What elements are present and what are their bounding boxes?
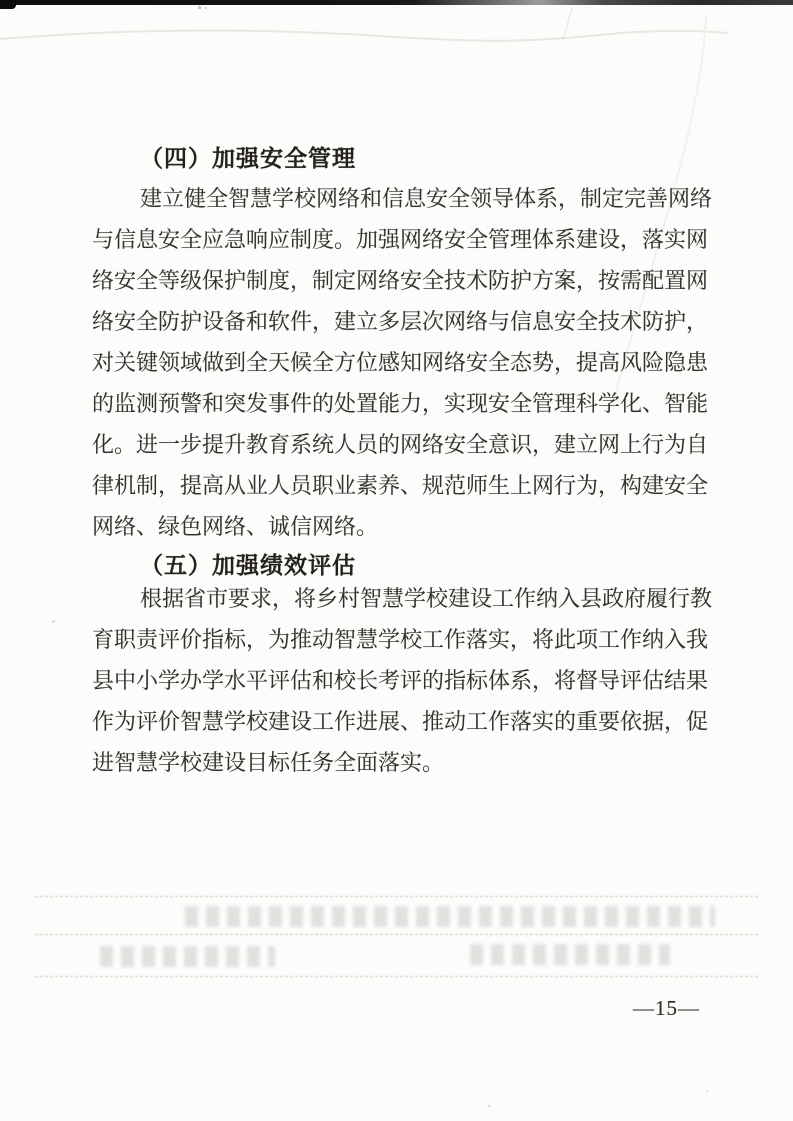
bleed-through-text [185,906,715,927]
page-number: —15— [633,996,713,1021]
scan-corner-artifact [0,0,16,9]
bleed-through-line [35,896,758,897]
text-line: 络安全防护设备和软件，建立多层次网络与信息安全技术防护， [92,301,701,342]
text-line: 作为评价智慧学校建设工作进展、推动工作落实的重要依据，促 [92,701,701,742]
text-line: 进智慧学校建设目标任务全面落实。 [92,742,701,783]
bleed-through-line [35,976,758,977]
toner-speck [706,1090,708,1092]
text-line: 对关键领域做到全天候全方位感知网络安全态势，提高风险隐患 [92,342,701,383]
section-5-paragraph: 根据省市要求，将乡村智慧学校建设工作纳入县政府履行教育职责评价指标，为推动智慧学… [92,578,701,783]
toner-speck [52,620,55,623]
bleed-through-text [100,946,275,967]
text-line: 的监测预警和突发事件的处置能力，实现安全管理科学化、智能 [92,383,701,424]
document-page: （四）加强安全管理 建立健全智慧学校网络和信息安全领导体系，制定完善网络与信息安… [0,0,793,1121]
scan-edge-artifact [0,0,793,5]
text-line: 网络、绿色网络、诚信网络。 [92,506,701,547]
section-4-paragraph: 建立健全智慧学校网络和信息安全领导体系，制定完善网络与信息安全应急响应制度。加强… [92,178,701,547]
toner-speck [488,1105,491,1107]
text-line: 育职责评价指标，为推动智慧学校工作落实，将此项工作纳入我 [92,619,701,660]
bleed-through-text [470,944,670,965]
bleed-through-line [35,934,758,935]
text-line: 与信息安全应急响应制度。加强网络安全管理体系建设，落实网 [92,219,701,260]
text-line: 根据省市要求，将乡村智慧学校建设工作纳入县政府履行教 [92,578,701,619]
text-line: 化。进一步提升教育系统人员的网络安全意识，建立网上行为自 [92,424,701,465]
section-heading-4: （四）加强安全管理 [92,140,701,178]
text-line: 律机制，提高从业人员职业素养、规范师生上网行为，构建安全 [92,465,701,506]
text-line: 络安全等级保护制度，制定网络安全技术防护方案，按需配置网 [92,260,701,301]
document-body: （四）加强安全管理 建立健全智慧学校网络和信息安全领导体系，制定完善网络与信息安… [92,140,701,783]
text-line: 建立健全智慧学校网络和信息安全领导体系，制定完善网络 [92,178,701,219]
text-line: 县中小学办学水平评估和校长考评的指标体系，将督导评估结果 [92,660,701,701]
